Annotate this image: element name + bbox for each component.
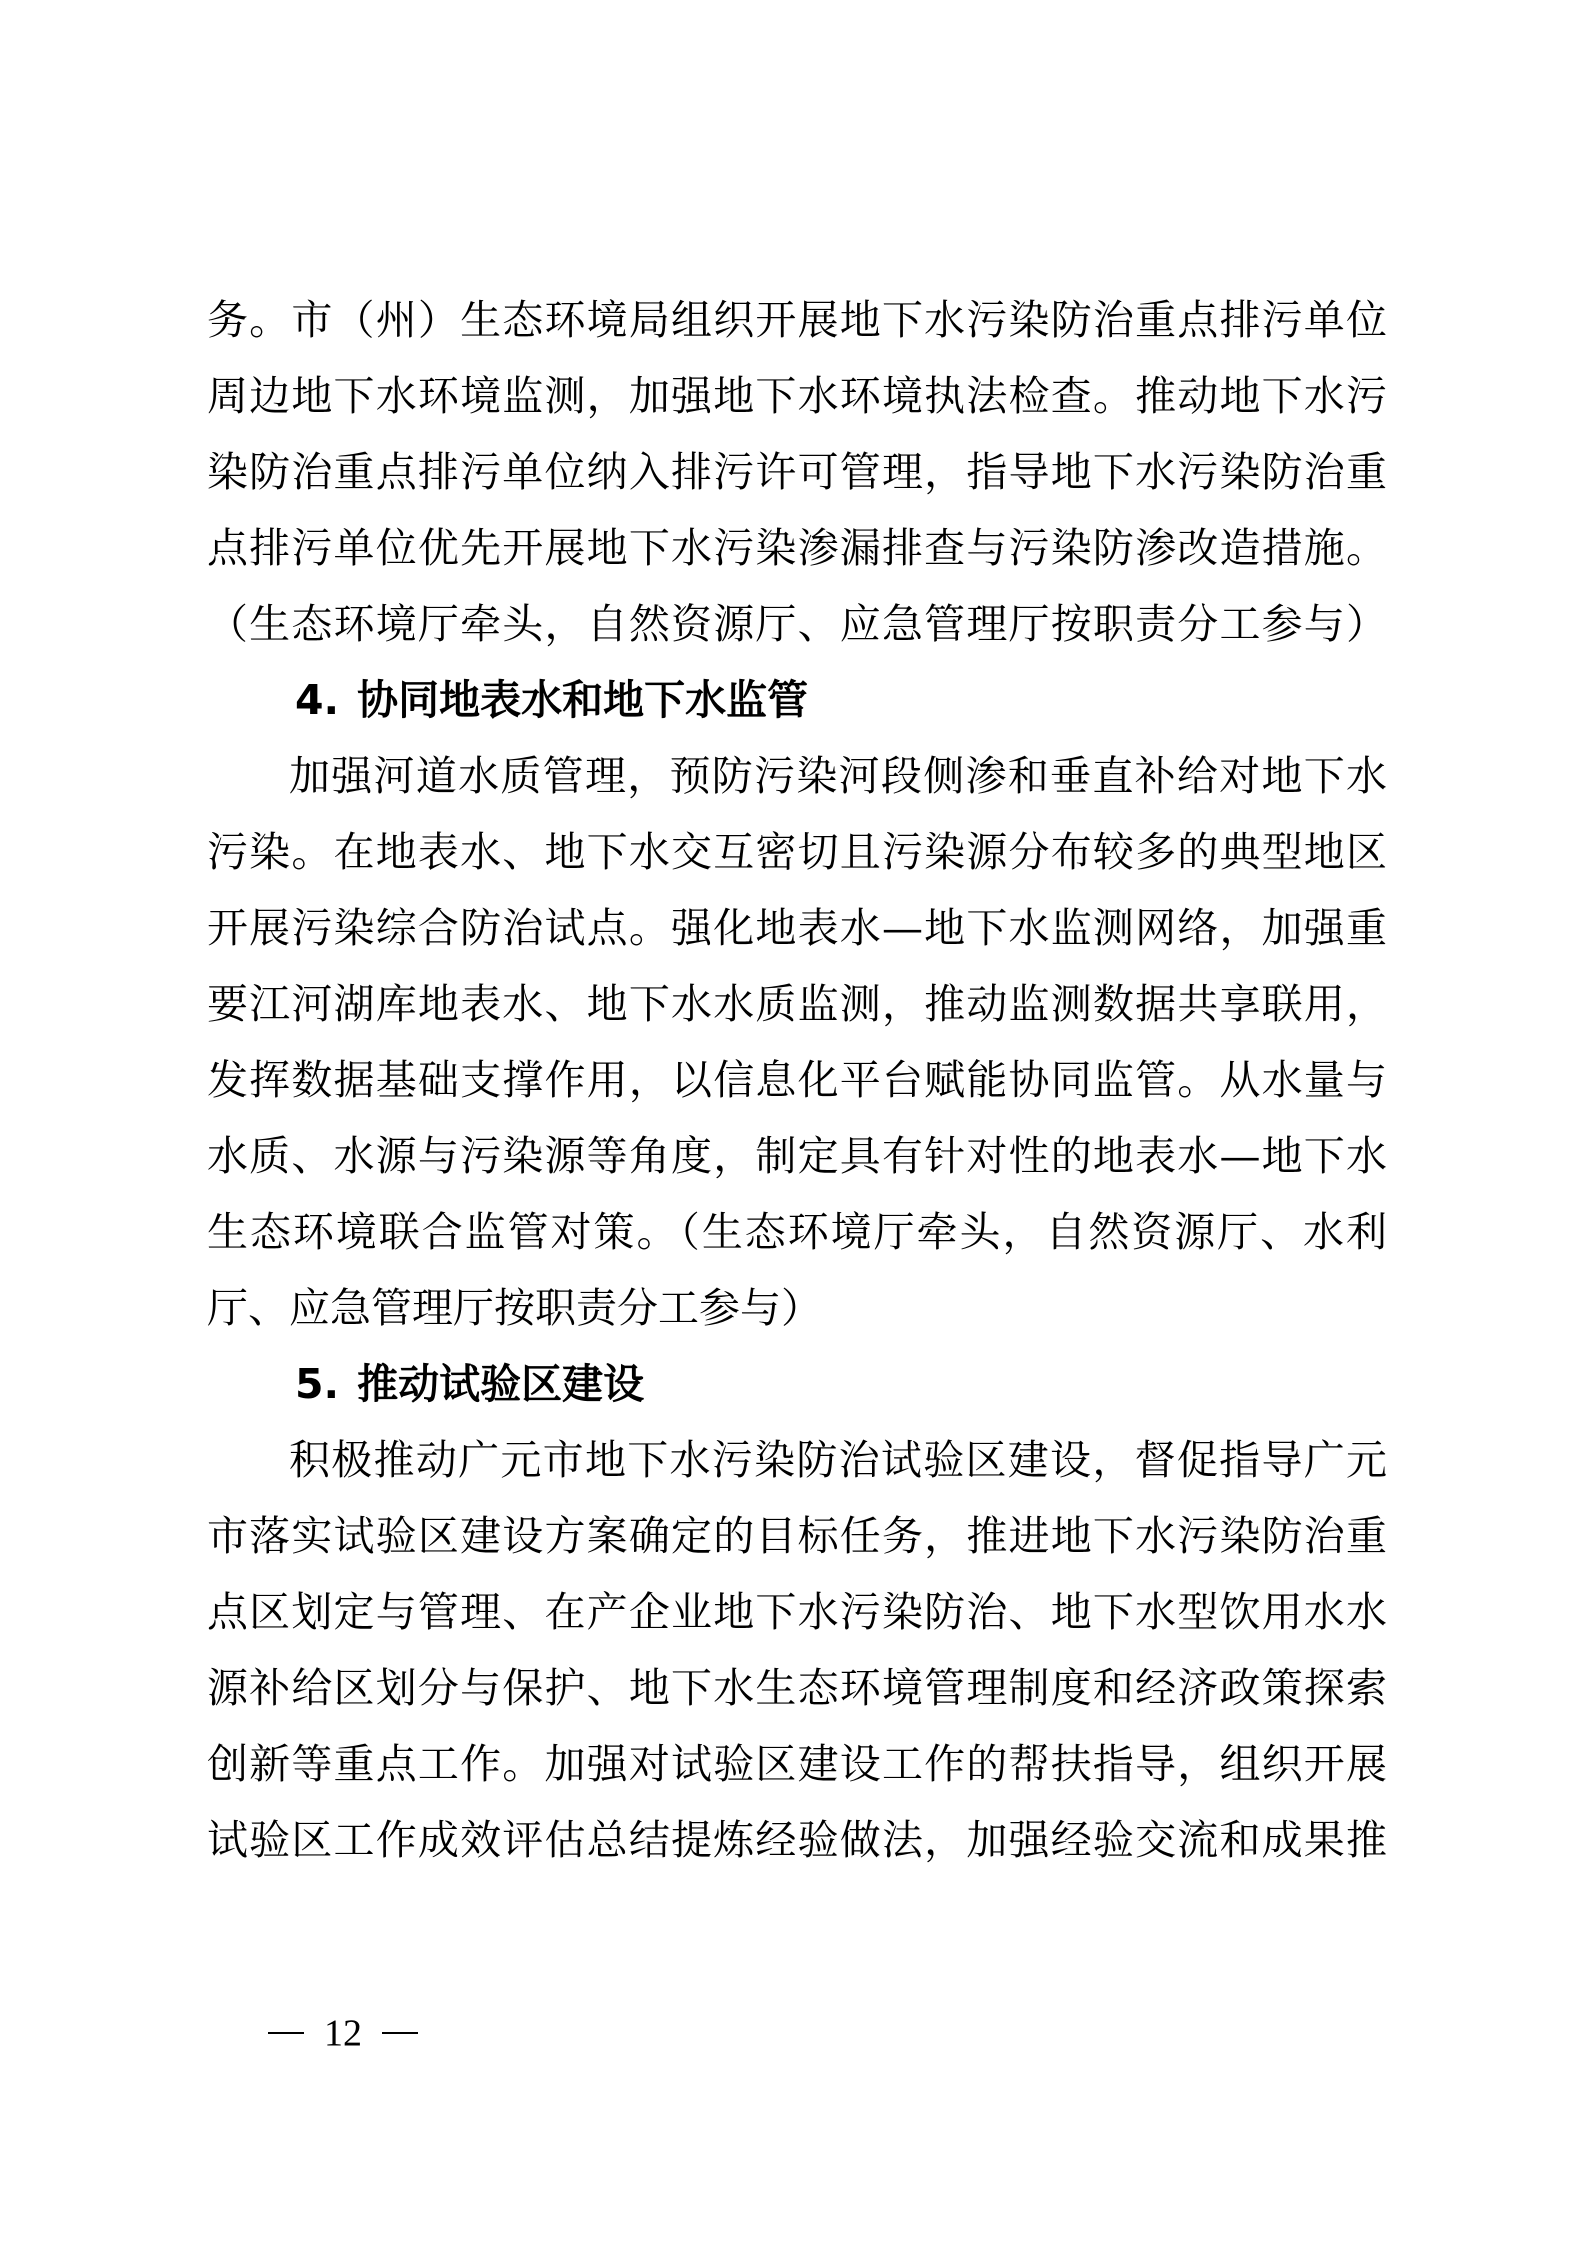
paragraph-line: 点区划定与管理、在产企业地下水污染防治、地下水型饮用水水: [207, 1574, 1387, 1650]
paragraph-line: 加强河道水质管理，预防污染河段侧渗和垂直补给对地下水: [289, 738, 1387, 814]
paragraph-line: 发挥数据基础支撑作用，以信息化平台赋能协同监管。从水量与: [207, 1042, 1387, 1118]
paragraph-line: 开展污染综合防治试点。强化地表水—地下水监测网络，加强重: [207, 890, 1387, 966]
paragraph-line: 市落实试验区建设方案确定的目标任务，推进地下水污染防治重: [207, 1498, 1387, 1574]
section-title: 推动试验区建设: [357, 1360, 644, 1408]
section-heading-5: 5.推动试验区建设: [295, 1346, 644, 1422]
paragraph-line: 要江河湖库地表水、地下水水质监测，推动监测数据共享联用，: [207, 966, 1387, 1042]
paragraph-line: 染防治重点排污单位纳入排污许可管理，指导地下水污染防治重: [207, 434, 1387, 510]
paragraph-line: 污染。在地表水、地下水交互密切且污染源分布较多的典型地区: [207, 814, 1387, 890]
page-number-value: 12: [324, 2012, 362, 2054]
section-title: 协同地表水和地下水监管: [357, 676, 808, 724]
paragraph-line: 水质、水源与污染源等角度，制定具有针对性的地表水—地下水: [207, 1118, 1387, 1194]
paragraph-line: 周边地下水环境监测，加强地下水环境执法检查。推动地下水污: [207, 358, 1387, 434]
document-page: 务。市（州）生态环境局组织开展地下水污染防治重点排污单位 周边地下水环境监测，加…: [0, 0, 1587, 2245]
dash-right: [382, 2032, 418, 2034]
paragraph-line: 创新等重点工作。加强对试验区建设工作的帮扶指导，组织开展: [207, 1726, 1387, 1802]
paragraph-line: 积极推动广元市地下水污染防治试验区建设，督促指导广元: [289, 1422, 1387, 1498]
paragraph-line: 点排污单位优先开展地下水污染渗漏排查与污染防渗改造措施。: [207, 510, 1387, 586]
section-number: 5.: [295, 1360, 339, 1408]
paragraph-line: 试验区工作成效评估总结提炼经验做法，加强经验交流和成果推: [207, 1802, 1387, 1878]
section-heading-4: 4.协同地表水和地下水监管: [295, 662, 808, 738]
paragraph-line: （生态环境厅牵头，自然资源厅、应急管理厅按职责分工参与）: [207, 586, 1387, 662]
paragraph-line: 生态环境联合监管对策。（生态环境厅牵头，自然资源厅、水利: [207, 1194, 1387, 1270]
page-number: 12: [248, 2000, 438, 2060]
section-number: 4.: [295, 676, 339, 724]
paragraph-line: 源补给区划分与保护、地下水生态环境管理制度和经济政策探索: [207, 1650, 1387, 1726]
paragraph-line: 厅、应急管理厅按职责分工参与）: [207, 1270, 1387, 1346]
paragraph-line: 务。市（州）生态环境局组织开展地下水污染防治重点排污单位: [207, 282, 1387, 358]
dash-left: [268, 2032, 304, 2034]
